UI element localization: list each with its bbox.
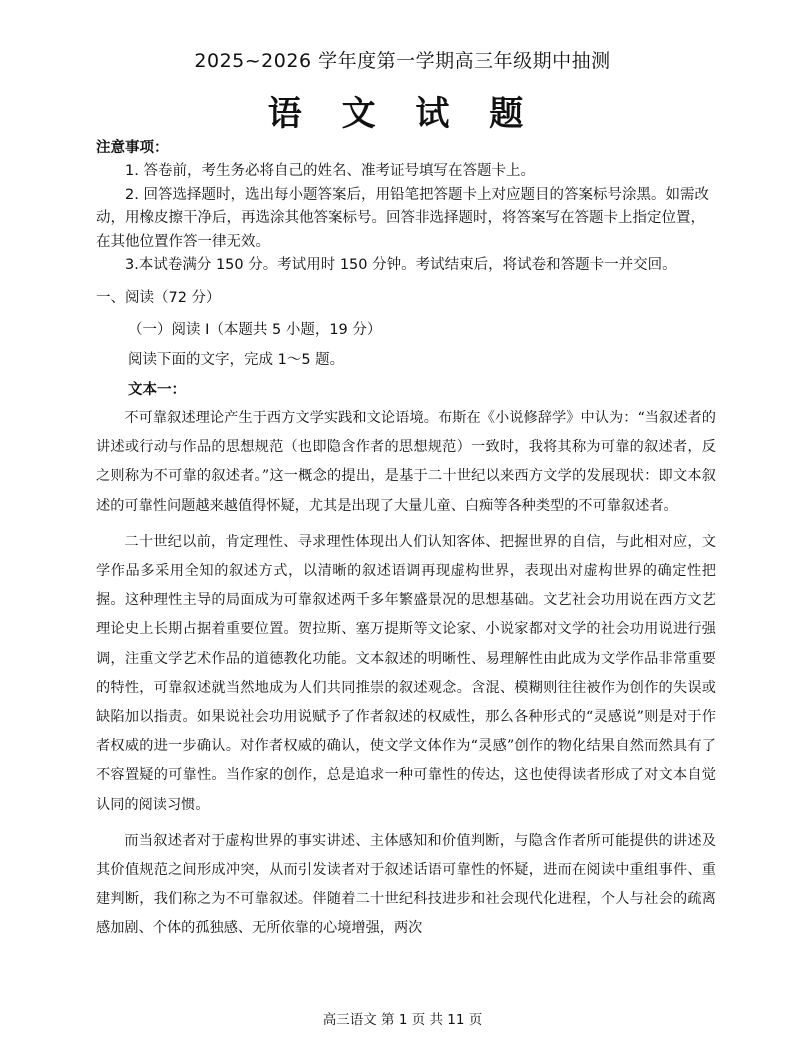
reading-instruction: 阅读下面的文字，完成 1～5 题。 bbox=[128, 348, 748, 369]
text-label: 文本一： bbox=[128, 378, 748, 399]
passage-paragraph: 不可靠叙述理论产生于西方文学实践和文论语境。布斯在《小说修辞学》中认为：“当叙述… bbox=[96, 404, 716, 521]
notice-heading: 注意事项： bbox=[96, 136, 716, 157]
notice-list: 1. 答卷前，考生务必将自己的姓名、准考证号填写在答题卡上。 2. 回答选择题时… bbox=[96, 160, 716, 278]
notice-item-1: 1. 答卷前，考生务必将自己的姓名、准考证号填写在答题卡上。 bbox=[96, 160, 716, 184]
notice-item-2: 2. 回答选择题时，选出每小题答案后，用铅笔把答题卡上对应题目的答案标号涂黑。如… bbox=[96, 184, 716, 255]
exam-page: 2025~2026 学年度第一学期高三年级期中抽测 语 文 试 题 注意事项： … bbox=[0, 0, 805, 1041]
sub-section-heading: （一）阅读 I（本题共 5 小题，19 分） bbox=[128, 318, 748, 339]
passage-paragraph: 而当叙述者对于虚构世界的事实讲述、主体感知和价值判断，与隐含作者所可能提供的讲述… bbox=[96, 827, 716, 944]
page-footer: 高三语文 第 1 页 共 11 页 bbox=[0, 1008, 805, 1028]
passage-paragraph: 二十世纪以前，肯定理性、寻求理性体现出人们认知客体、把握世界的自信，与此相对应，… bbox=[96, 528, 716, 820]
exam-title: 2025~2026 学年度第一学期高三年级期中抽测 bbox=[0, 46, 805, 73]
section-heading: 一、阅读（72 分） bbox=[96, 286, 716, 307]
notice-item-3: 3.本试卷满分 150 分。考试用时 150 分钟。考试结束后，将试卷和答题卡一… bbox=[96, 254, 716, 278]
subject-title: 语 文 试 题 bbox=[0, 86, 805, 135]
reading-passage: 不可靠叙述理论产生于西方文学实践和文论语境。布斯在《小说修辞学》中认为：“当叙述… bbox=[96, 404, 716, 951]
